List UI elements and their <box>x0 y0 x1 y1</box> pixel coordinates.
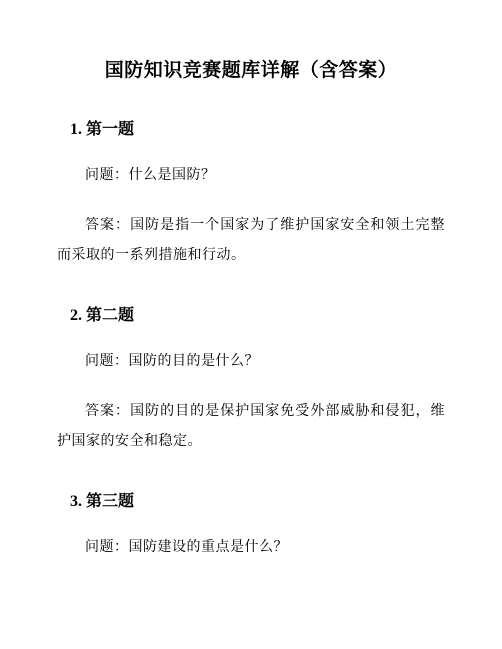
section-3-question: 问题：国防建设的重点是什么？ <box>57 533 445 563</box>
document-page: 国防知识竞赛题库详解（含答案） 1. 第一题 问题：什么是国防？ 答案：国防是指… <box>0 0 502 649</box>
section-1: 1. 第一题 问题：什么是国防？ 答案：国防是指一个国家为了维护国家安全和领土完… <box>57 119 445 271</box>
section-2-heading: 2. 第二题 <box>70 305 445 327</box>
document-title: 国防知识竞赛题库详解（含答案） <box>57 57 445 85</box>
section-1-answer: 答案：国防是指一个国家为了维护国家安全和领土完整而采取的一系列措施和行动。 <box>57 211 445 271</box>
section-1-question: 问题：什么是国防？ <box>57 161 445 191</box>
section-3-heading: 3. 第三题 <box>70 491 445 513</box>
document-title-text: 国防知识竞赛题库详解（含答案） <box>105 60 398 81</box>
section-3: 3. 第三题 问题：国防建设的重点是什么？ <box>57 491 445 563</box>
section-2: 2. 第二题 问题：国防的目的是什么？ 答案：国防的目的是保护国家免受外部威胁和… <box>57 305 445 457</box>
section-2-answer: 答案：国防的目的是保护国家免受外部威胁和侵犯，维护国家的安全和稳定。 <box>57 397 445 457</box>
section-1-heading: 1. 第一题 <box>70 119 445 141</box>
section-2-question: 问题：国防的目的是什么？ <box>57 347 445 377</box>
